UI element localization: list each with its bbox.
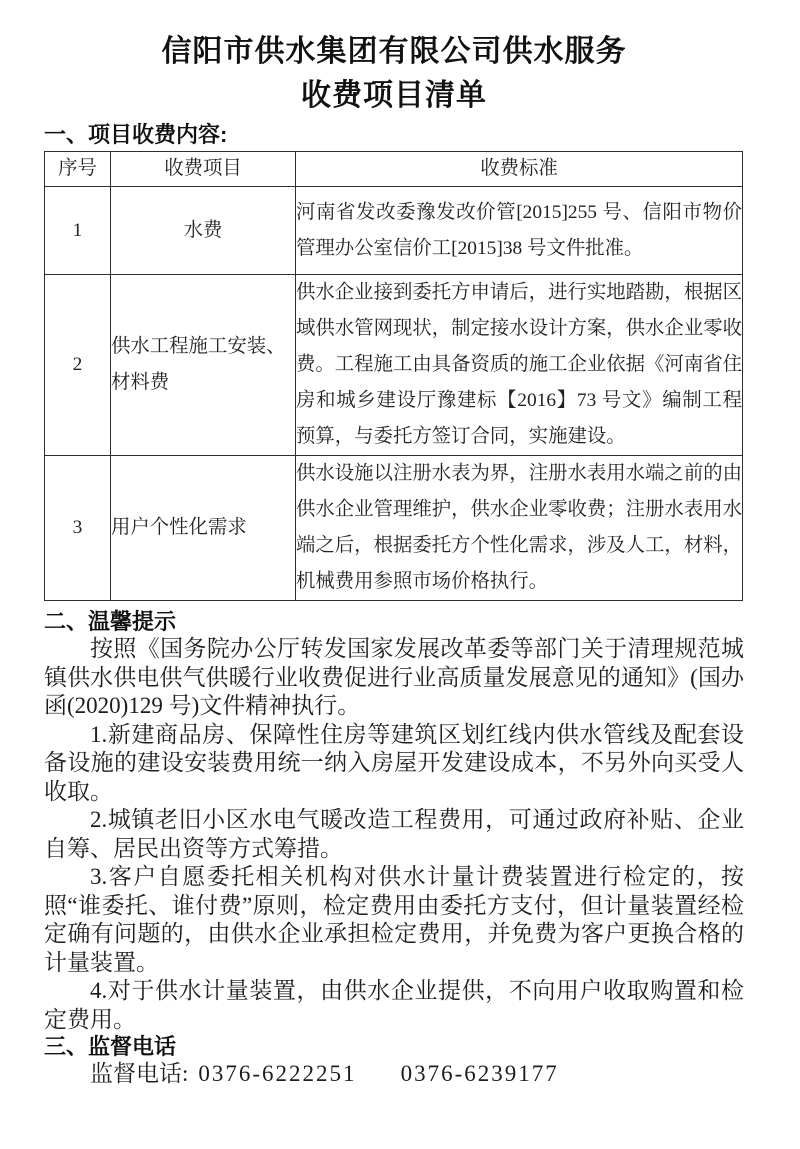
notice-intro: 按照《国务院办公厅转发国家发展改革委等部门关于清理规范城镇供水供电供气供暖行业收… (44, 635, 744, 721)
column-header-standard: 收费标准 (296, 152, 743, 187)
notice-item: 2.城镇老旧小区水电气暖改造工程费用，可通过政府补贴、企业自筹、居民出资等方式筹… (44, 806, 744, 863)
fee-item: 用户个性化需求 (111, 456, 296, 601)
notice-item: 1.新建商品房、保障性住房等建筑区划红线内供水管线及配套设备设施的建设安装费用统… (44, 721, 744, 807)
phone-label: 监督电话: (90, 1061, 188, 1086)
table-row: 2 供水工程施工安装、 材料费 供水企业接到委托方申请后，进行实地踏勘，根据区域… (45, 275, 743, 456)
doc-title-line2: 收费项目清单 (44, 74, 744, 118)
section2-heading: 二、温馨提示 (44, 609, 744, 635)
document: 信阳市供水集团有限公司供水服务 收费项目清单 一、项目收费内容: 序号 收费项目… (0, 0, 800, 1089)
page: { "page": { "title_line1": "信阳市供水集团有限公司供… (0, 0, 800, 1149)
doc-title-line1: 信阳市供水集团有限公司供水服务 (44, 30, 744, 74)
phone-number: 0376-6222251 (198, 1061, 356, 1086)
fee-item: 供水工程施工安装、 材料费 (111, 275, 296, 456)
section3-heading: 三、监督电话 (44, 1034, 744, 1060)
section1-heading: 一、项目收费内容: (44, 122, 744, 148)
column-header-no: 序号 (45, 152, 111, 187)
supervision-phone-line: 监督电话:0376-62222510376-6239177 (44, 1060, 744, 1089)
notice-item: 3.客户自愿委托相关机构对供水计量计费装置进行检定的，按照“谁委托、谁付费”原则… (44, 863, 744, 977)
phone-number: 0376-6239177 (401, 1061, 559, 1086)
fee-standard: 供水企业接到委托方申请后，进行实地踏勘，根据区域供水管网现状，制定接水设计方案，… (296, 275, 743, 456)
table-header-row: 序号 收费项目 收费标准 (45, 152, 743, 187)
notice-item: 4.对于供水计量装置，由供水企业提供，不向用户收取购置和检定费用。 (44, 977, 744, 1034)
fee-item: 水费 (111, 187, 296, 275)
notice-section: 按照《国务院办公厅转发国家发展改革委等部门关于清理规范城镇供水供电供气供暖行业收… (44, 635, 744, 1034)
fee-table: 序号 收费项目 收费标准 1 水费 河南省发改委豫发改价管[2015]255 号… (44, 151, 743, 601)
table-row: 1 水费 河南省发改委豫发改价管[2015]255 号、信阳市物价管理办公室信价… (45, 187, 743, 275)
fee-standard: 供水设施以注册水表为界，注册水表用水端之前的由供水企业管理维护，供水企业零收费；… (296, 456, 743, 601)
column-header-item: 收费项目 (111, 152, 296, 187)
table-row: 3 用户个性化需求 供水设施以注册水表为界，注册水表用水端之前的由供水企业管理维… (45, 456, 743, 601)
row-no: 2 (45, 275, 111, 456)
row-no: 3 (45, 456, 111, 601)
row-no: 1 (45, 187, 111, 275)
fee-standard: 河南省发改委豫发改价管[2015]255 号、信阳市物价管理办公室信价工[201… (296, 187, 743, 275)
